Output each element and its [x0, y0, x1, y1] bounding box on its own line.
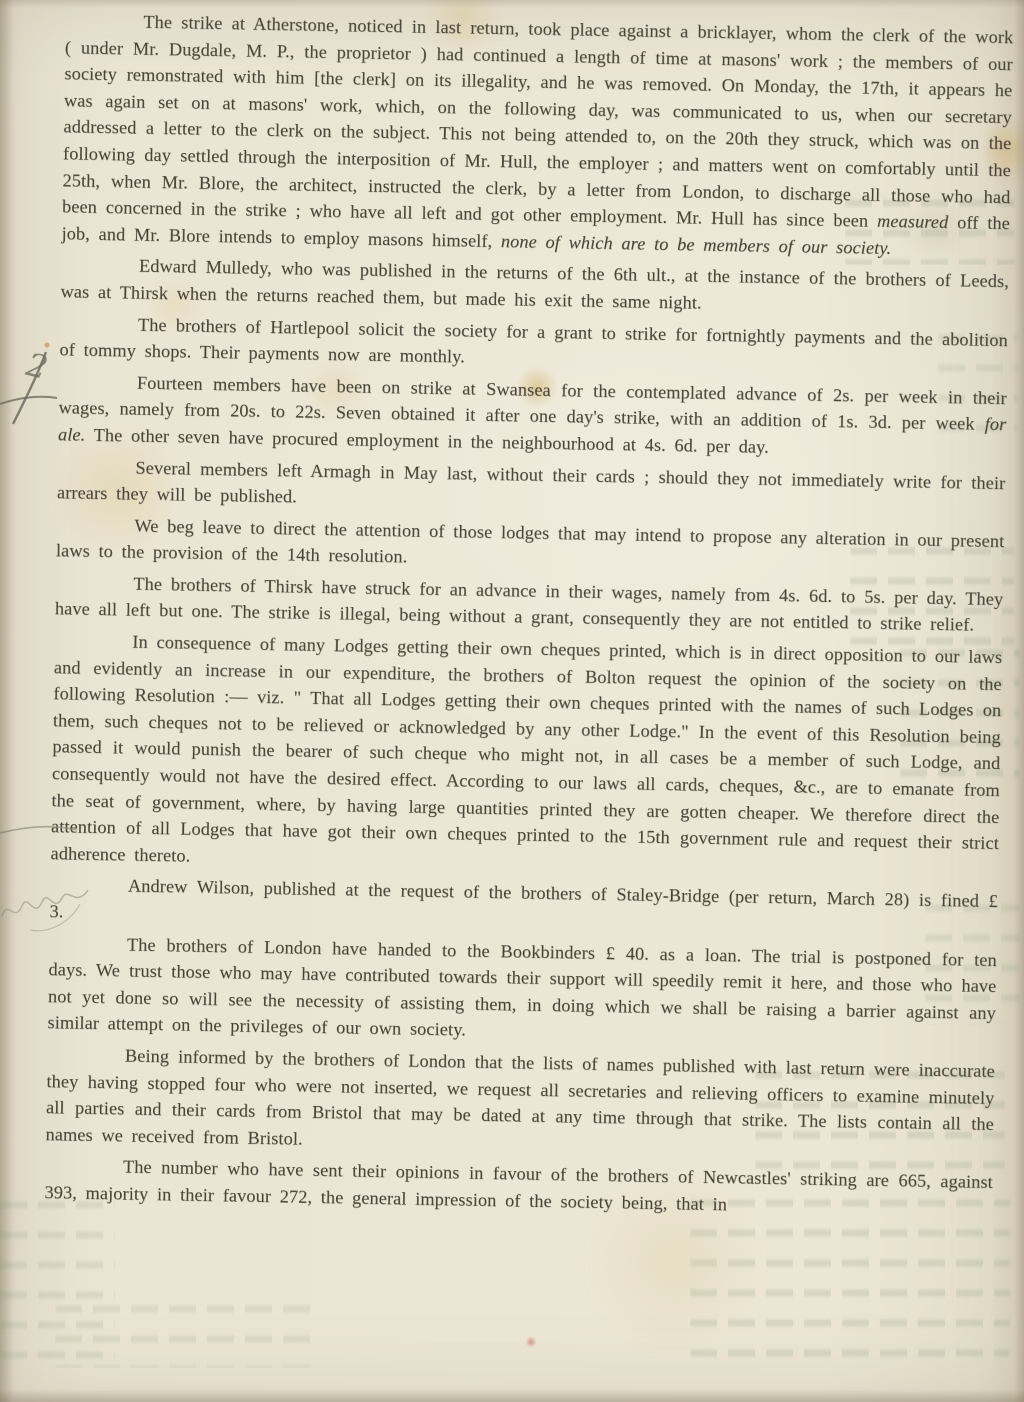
pencil-cross-stroke [0, 397, 57, 404]
body-text: We beg leave to direct the attention of … [56, 515, 1005, 566]
paragraph: The brothers of Hartlepool solicit the s… [59, 310, 1008, 380]
body-text: The number who have sent their opinions … [44, 1157, 993, 1214]
bleedthrough-text [55, 1296, 320, 1368]
body-text: Fourteen members have been on strike at … [58, 372, 1007, 434]
document-body: The strike at Atherstone, noticed in las… [44, 7, 1013, 1227]
paper-stain [526, 1336, 536, 1348]
body-text: Andrew Wilson, published at the request … [49, 876, 998, 921]
paragraph: Being informed by the brothers of London… [45, 1041, 995, 1164]
paragraph: In consequence of many Lodges getting th… [50, 627, 1002, 883]
body-text: In consequence of many Lodges getting th… [50, 632, 1002, 866]
body-text: Being informed by the brothers of London… [45, 1046, 995, 1149]
italic-text: none of which are to be members of our s… [501, 231, 892, 258]
scanned-page: The strike at Atherstone, noticed in las… [0, 0, 1024, 1402]
ink-speck [45, 343, 50, 348]
body-text: The strike at Atherstone, noticed in las… [62, 12, 1014, 231]
paragraph: Several members left Armagh in May last,… [57, 453, 1006, 523]
body-text: The other seven have procured employment… [85, 425, 769, 457]
paragraph: Edward Mulledy, who was published in the… [60, 252, 1009, 322]
body-text: Edward Mulledy, who was published in the… [60, 256, 1009, 313]
paragraph: We beg leave to direct the attention of … [56, 511, 1005, 581]
paragraph: The brothers of Thirsk have struck for a… [55, 569, 1004, 639]
bleedthrough-text [0, 1192, 115, 1367]
paragraph: The brothers of London have handed to th… [47, 930, 997, 1053]
pencil-slash-stroke [13, 352, 46, 424]
body-text: The brothers of Hartlepool solicit the s… [59, 314, 1008, 366]
paragraph: The number who have sent their opinions … [44, 1152, 993, 1222]
body-text: Several members left Armagh in May last,… [57, 457, 1006, 506]
italic-text: measured [877, 211, 949, 232]
body-text: The brothers of London have handed to th… [47, 934, 997, 1040]
paragraph: Andrew Wilson, published at the request … [49, 872, 998, 942]
body-text: The brothers of Thirsk have struck for a… [55, 573, 1004, 635]
pencil-mark-2: 2 [23, 345, 52, 387]
paragraph: Fourteen members have been on strike at … [58, 368, 1007, 465]
paragraph: The strike at Atherstone, noticed in las… [61, 7, 1013, 263]
